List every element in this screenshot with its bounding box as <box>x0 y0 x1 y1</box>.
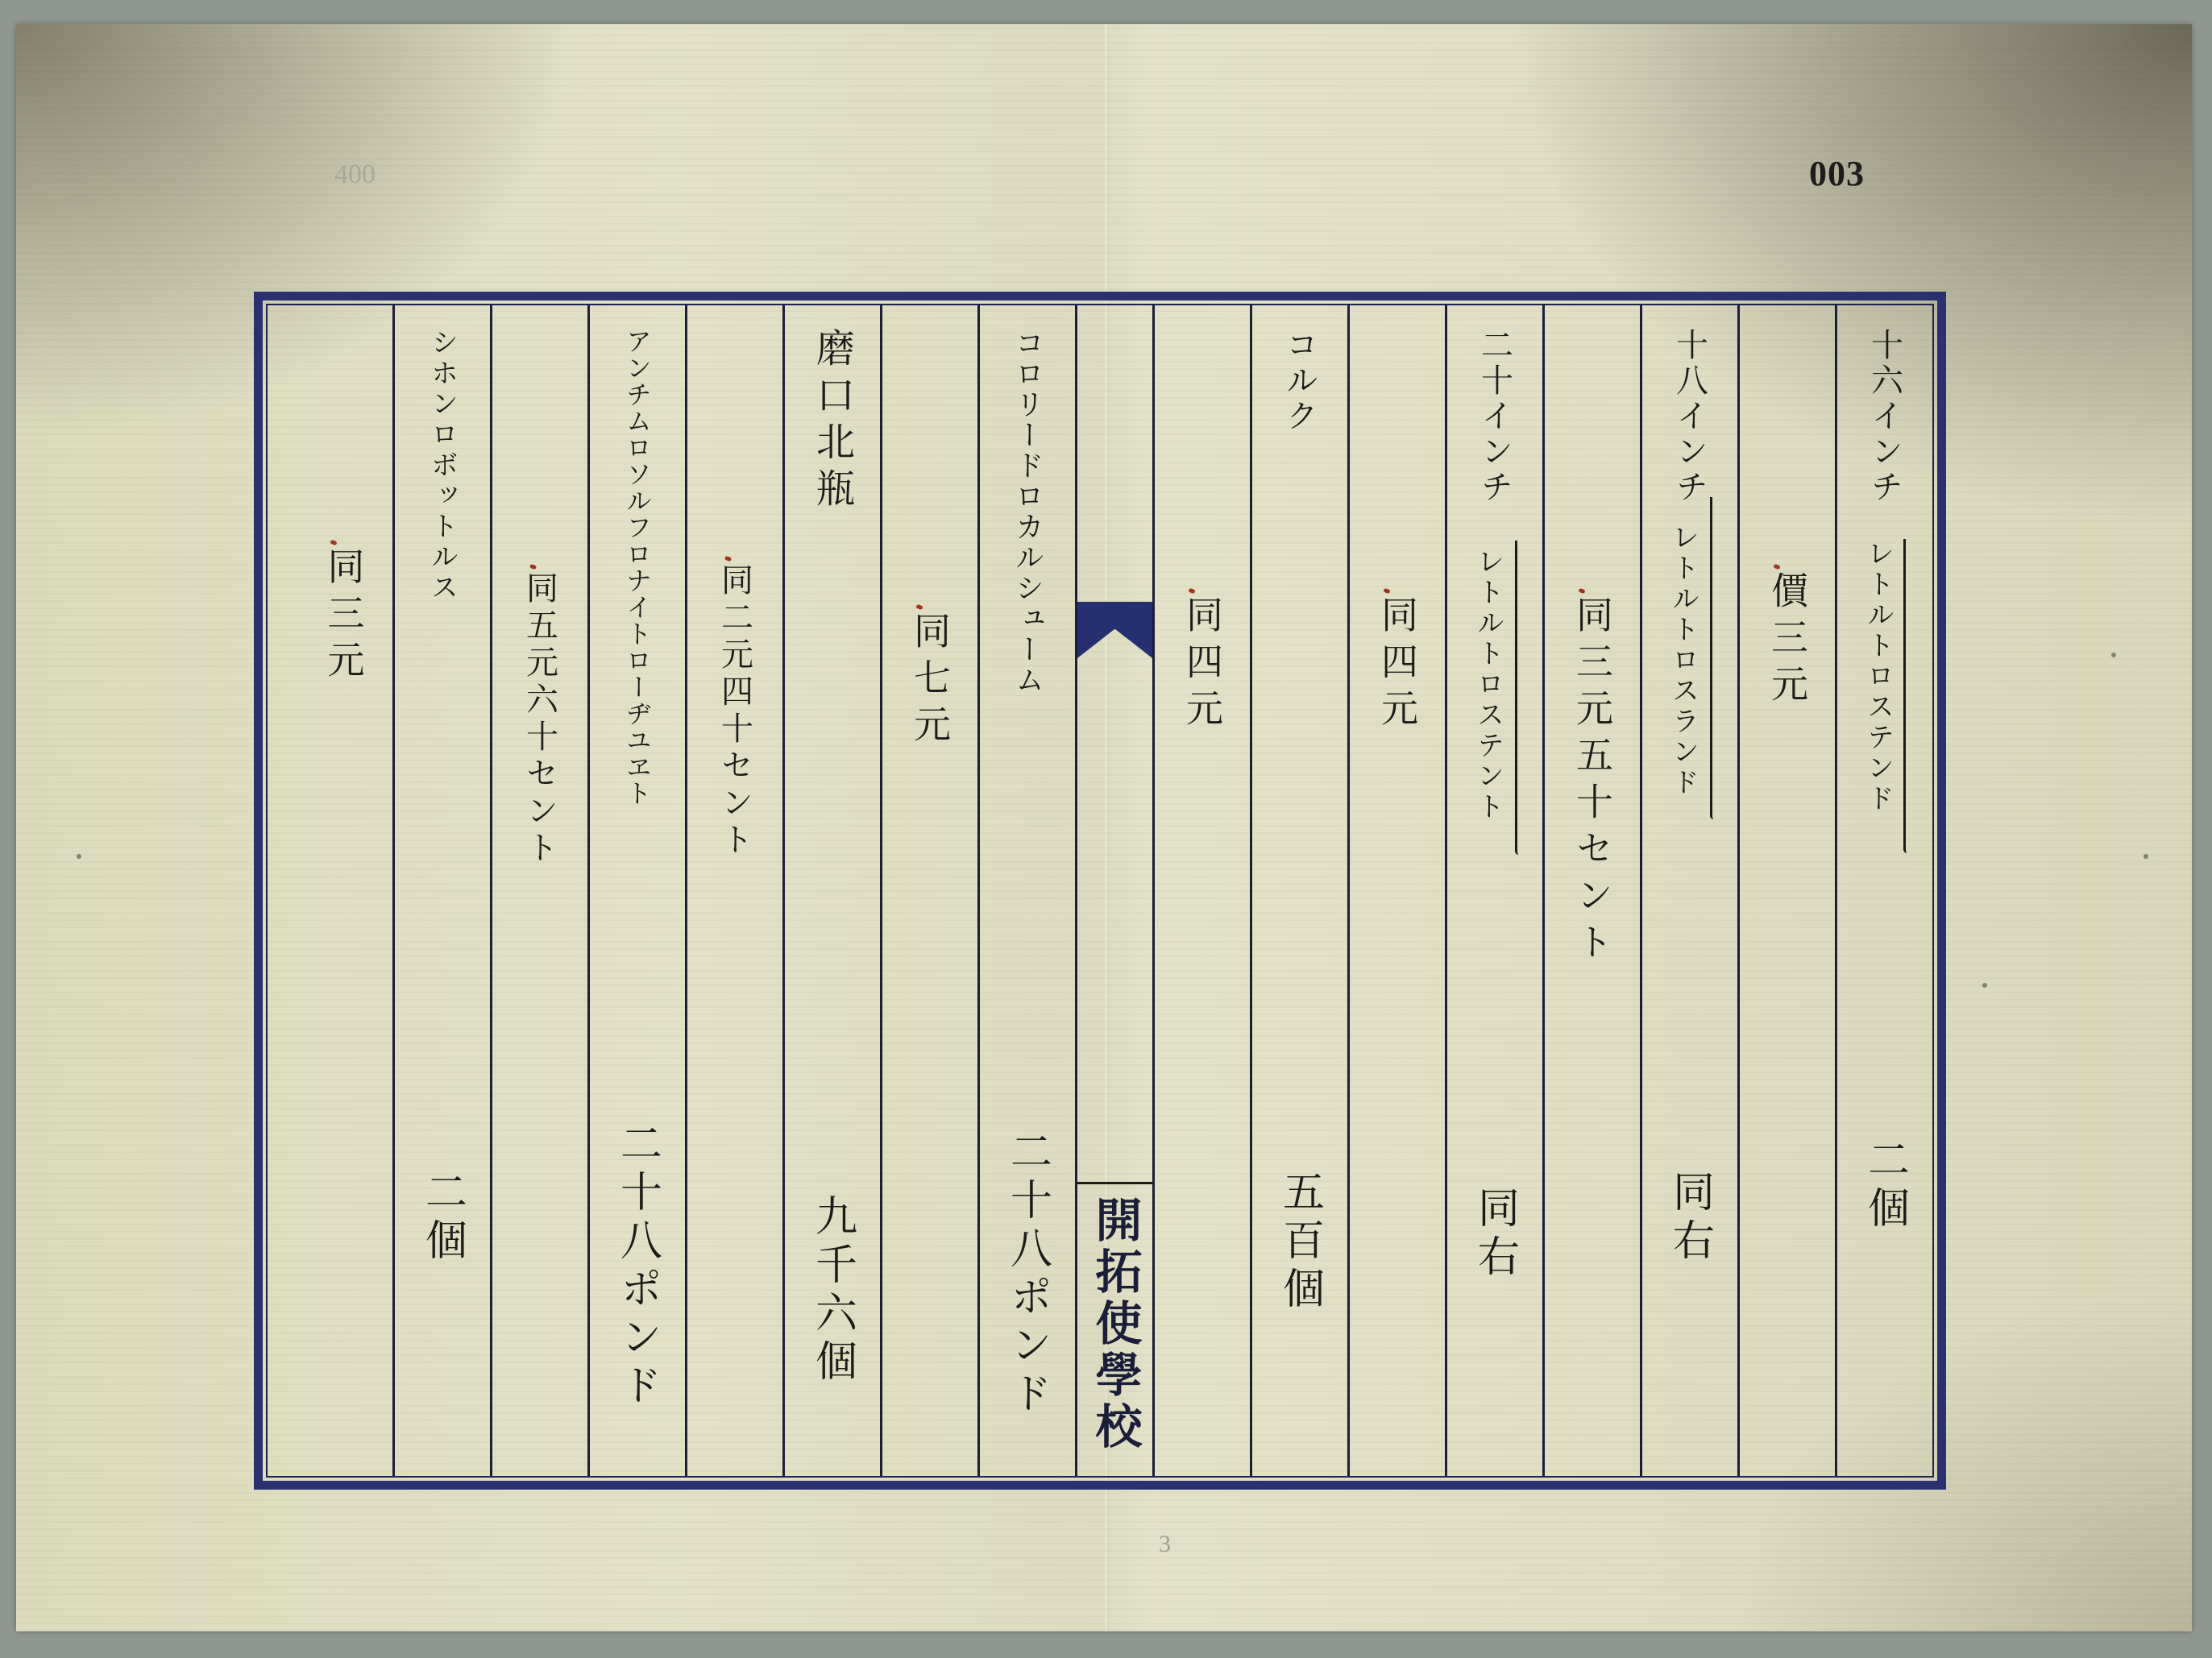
grouping-bracket <box>1710 497 1717 819</box>
red-check-mark <box>915 604 923 610</box>
item-name: コロリードロカルシューム <box>1007 328 1048 695</box>
school-name: 開拓使學校 <box>1081 1196 1149 1453</box>
binding-hole <box>2144 854 2148 859</box>
item-column: シホンロボットルス 二個 <box>392 305 490 1476</box>
red-check-mark <box>1578 588 1585 594</box>
price-column: 同二元四十セント <box>685 305 782 1476</box>
price-entry: 同五元六十セント <box>517 571 563 868</box>
red-check-mark <box>724 556 732 562</box>
page-number: 003 <box>1809 153 1865 194</box>
item-column: アンチムロソルフロナイトローヂユヱト 二十八ポンド <box>587 305 685 1476</box>
red-check-mark <box>1383 588 1390 594</box>
item-name: 十八インチ <box>1667 328 1713 505</box>
price-column: 同三元五十セント <box>1542 305 1640 1476</box>
binding-hole <box>2111 653 2116 657</box>
binding-hole <box>1982 983 1987 988</box>
ledger-columns: 十六インチ レトルトロステンド 二個 價三元 十八インチ レトルトロスランド 同… <box>268 305 1932 1476</box>
item-quantity: 五百個 <box>1270 1170 1330 1315</box>
item-quantity: 二個 <box>1855 1138 1915 1234</box>
faint-stamp-mark: 400 <box>334 160 376 190</box>
grouping-bracket <box>1903 539 1911 853</box>
item-description: レトルトロステント <box>1469 547 1509 823</box>
item-column: コロリードロカルシューム 二十八ポンド <box>977 305 1075 1476</box>
price-entry: 同二元四十セント <box>712 563 758 860</box>
price-entry: 同七元 <box>903 611 957 752</box>
item-name: アンチムロソルフロナイトローヂユヱト <box>619 328 656 806</box>
faint-page-note: 3 <box>1159 1531 1171 1558</box>
price-column: 同三元 <box>295 305 392 1476</box>
red-check-mark <box>1773 564 1780 570</box>
item-quantity: 九千六個 <box>803 1194 863 1387</box>
ledger-frame: 十六インチ レトルトロステンド 二個 價三元 十八インチ レトルトロスランド 同… <box>254 292 1946 1490</box>
item-name: 二十インチ <box>1472 328 1518 505</box>
price-column: 價三元 <box>1737 305 1835 1476</box>
item-name: シホンロボットルス <box>423 328 463 603</box>
fishtail-mark-icon <box>1077 602 1152 658</box>
item-column: 十八インチ レトルトロスランド 同右 <box>1640 305 1737 1476</box>
item-name: 磨口北瓶 <box>805 328 861 515</box>
price-entry: 同四元 <box>1371 595 1424 736</box>
item-column: 磨口北瓶 九千六個 <box>782 305 880 1476</box>
center-fold-strip: 開拓使學校 <box>1075 305 1152 1476</box>
price-entry: 同四元 <box>1176 595 1229 736</box>
item-description: レトルトロスランド <box>1664 523 1704 798</box>
item-quantity: 同右 <box>1660 1170 1720 1266</box>
item-quantity: 二十八ポンド <box>608 1121 668 1411</box>
price-column: 同七元 <box>880 305 977 1476</box>
item-quantity: 二十八ポンド <box>998 1130 1058 1420</box>
item-name: コルク <box>1277 328 1323 434</box>
grouping-bracket <box>1515 541 1522 855</box>
red-check-mark <box>1188 588 1195 594</box>
price-entry: 同三元 <box>317 547 371 687</box>
item-column: コルク 五百個 <box>1250 305 1347 1476</box>
price-column: 同四元 <box>1347 305 1445 1476</box>
price-entry: 同三元五十セント <box>1566 595 1619 969</box>
item-quantity: 同右 <box>1465 1186 1525 1283</box>
red-check-mark <box>529 564 537 570</box>
price-column: 同四元 <box>1152 305 1250 1476</box>
item-column: 十六インチ レトルトロステンド 二個 <box>1835 305 1932 1476</box>
red-check-mark <box>330 540 337 545</box>
price-column: 同五元六十セント <box>490 305 587 1476</box>
item-quantity: 二個 <box>413 1170 473 1266</box>
item-name: 十六インチ <box>1862 328 1908 505</box>
binding-hole <box>77 854 81 859</box>
school-name-box: 開拓使學校 <box>1077 1182 1152 1476</box>
item-description: レトルトロステンド <box>1859 539 1899 814</box>
item-column: 二十インチ レトルトロステント 同右 <box>1445 305 1542 1476</box>
price-entry: 價三元 <box>1761 571 1814 711</box>
